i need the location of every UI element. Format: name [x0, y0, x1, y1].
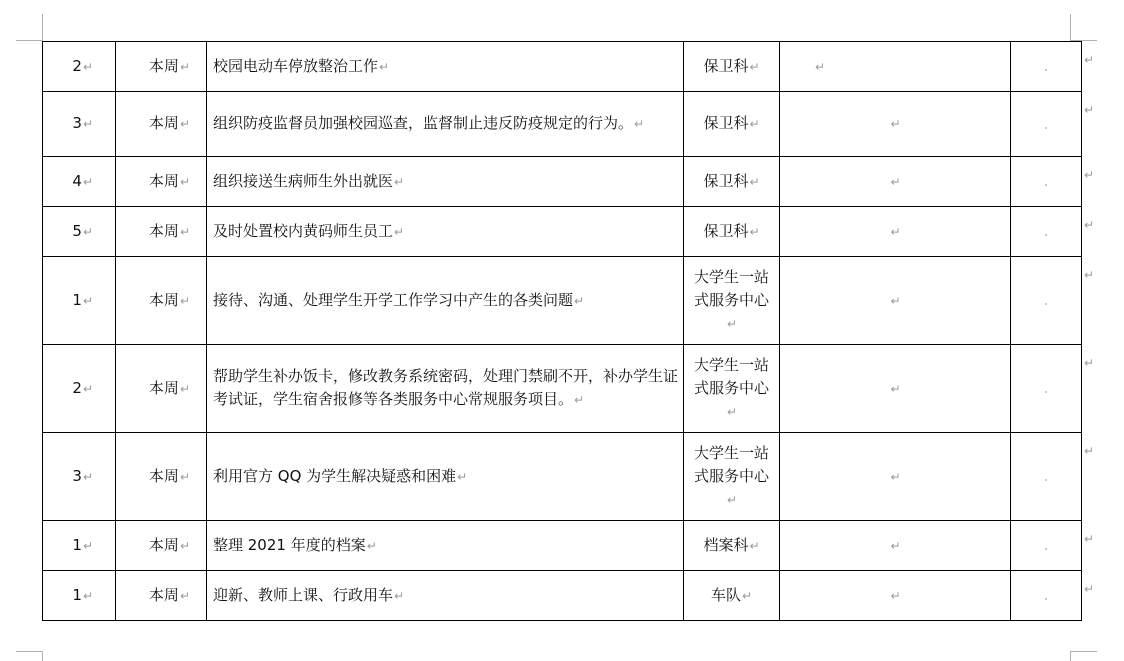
paragraph-mark-icon: ↵ [574, 393, 584, 407]
task-description-cell[interactable]: 组织接送生病师生外出就医↵ [207, 157, 684, 207]
cell-marker-dot-icon [1045, 69, 1047, 71]
period-cell-text: 本周 [149, 467, 179, 485]
table-row: 4↵本周↵组织接送生病师生外出就医↵保卫科↵↵ [43, 157, 1082, 207]
row-end-mark-icon: ↵ [1084, 103, 1094, 117]
period-cell[interactable]: 本周↵ [116, 42, 207, 92]
cell-marker-dot-icon [1045, 598, 1047, 600]
row-end-mark-icon: ↵ [1084, 582, 1094, 596]
item-number-cell-text: 4 [72, 172, 82, 190]
period-cell[interactable]: 本周↵ [116, 157, 207, 207]
paragraph-mark-icon: ↵ [83, 117, 93, 131]
task-description-cell[interactable]: 利用官方 QQ 为学生解决疑惑和困难↵ [207, 433, 684, 521]
paragraph-mark-icon: ↵ [83, 382, 93, 396]
note-cell[interactable]: ↵ [780, 521, 1011, 571]
note-cell[interactable]: ↵ [780, 433, 1011, 521]
extra-cell[interactable] [1011, 257, 1082, 345]
paragraph-mark-icon: ↵ [457, 470, 467, 484]
paragraph-mark-icon: ↵ [180, 470, 190, 484]
task-description-cell[interactable]: 及时处置校内黄码师生员工↵ [207, 207, 684, 257]
item-number-cell-text: 1 [72, 586, 82, 604]
period-cell-text: 本周 [149, 586, 179, 604]
table-row: 3↵本周↵组织防疫监督员加强校园巡查，监督制止违反防疫规定的行为。↵保卫科↵↵ [43, 92, 1082, 157]
paragraph-mark-icon: ↵ [83, 225, 93, 239]
work-plan-table: 2↵本周↵校园电动车停放整治工作↵保卫科↵↵3↵本周↵组织防疫监督员加强校园巡查… [42, 41, 1082, 621]
item-number-cell-text: 1 [72, 291, 82, 309]
paragraph-mark-icon: ↵ [815, 60, 825, 74]
item-number-cell[interactable]: 1↵ [43, 521, 116, 571]
paragraph-mark-icon: ↵ [574, 294, 584, 308]
item-number-cell-text: 3 [72, 114, 82, 132]
item-number-cell[interactable]: 1↵ [43, 571, 116, 621]
task-description-cell[interactable]: 接待、沟通、处理学生开学工作学习中产生的各类问题↵ [207, 257, 684, 345]
department-cell-text: 档案科 [703, 536, 748, 554]
item-number-cell[interactable]: 5↵ [43, 207, 116, 257]
table-row: 3↵本周↵利用官方 QQ 为学生解决疑惑和困难↵大学生一站式服务中心↵↵ [43, 433, 1082, 521]
extra-cell[interactable] [1011, 157, 1082, 207]
note-cell[interactable]: ↵ [780, 207, 1011, 257]
department-cell-text: 大学生一站式服务中心 [694, 356, 769, 397]
period-cell-text: 本周 [149, 536, 179, 554]
task-description-cell[interactable]: 组织防疫监督员加强校园巡查，监督制止违反防疫规定的行为。↵ [207, 92, 684, 157]
period-cell-text: 本周 [149, 114, 179, 132]
extra-cell[interactable] [1011, 92, 1082, 157]
row-end-mark-icon: ↵ [1084, 532, 1094, 546]
period-cell-text: 本周 [149, 291, 179, 309]
paragraph-mark-icon: ↵ [394, 589, 404, 603]
extra-cell[interactable] [1011, 521, 1082, 571]
period-cell-text: 本周 [149, 57, 179, 75]
task-description-cell[interactable]: 整理 2021 年度的档案↵ [207, 521, 684, 571]
note-cell[interactable]: ↵ [780, 157, 1011, 207]
table-row: 2↵本周↵校园电动车停放整治工作↵保卫科↵↵ [43, 42, 1082, 92]
paragraph-mark-icon: ↵ [180, 175, 190, 189]
paragraph-mark-icon: ↵ [180, 294, 190, 308]
cell-marker-dot-icon [1045, 127, 1047, 129]
paragraph-mark-icon: ↵ [379, 60, 389, 74]
paragraph-mark-icon: ↵ [890, 589, 900, 603]
paragraph-mark-icon: ↵ [83, 294, 93, 308]
department-cell-text: 保卫科 [703, 114, 748, 132]
task-description-cell-text: 帮助学生补办饭卡，修改教务系统密码，处理门禁刷不开，补办学生证考试证，学生宿舍报… [213, 367, 678, 408]
department-cell[interactable]: 车队↵ [684, 571, 780, 621]
period-cell[interactable]: 本周↵ [116, 521, 207, 571]
department-cell[interactable]: 大学生一站式服务中心↵ [684, 433, 780, 521]
cell-marker-dot-icon [1045, 391, 1047, 393]
task-description-cell[interactable]: 校园电动车停放整治工作↵ [207, 42, 684, 92]
task-description-cell-text: 组织防疫监督员加强校园巡查，监督制止违反防疫规定的行为。 [213, 114, 633, 132]
table-body: 2↵本周↵校园电动车停放整治工作↵保卫科↵↵3↵本周↵组织防疫监督员加强校园巡查… [43, 42, 1082, 621]
note-cell[interactable]: ↵ [780, 92, 1011, 157]
paragraph-mark-icon: ↵ [890, 175, 900, 189]
item-number-cell[interactable]: 2↵ [43, 42, 116, 92]
paragraph-mark-icon: ↵ [727, 493, 737, 507]
task-description-cell-text: 利用官方 QQ 为学生解决疑惑和困难 [213, 467, 456, 485]
item-number-cell-text: 2 [72, 57, 82, 75]
paragraph-mark-icon: ↵ [180, 225, 190, 239]
row-end-mark-icon: ↵ [1084, 356, 1094, 370]
page-margin-corner-bottom-right [1070, 651, 1097, 661]
row-end-mark-icon: ↵ [1084, 218, 1094, 232]
row-end-mark-icon: ↵ [1084, 168, 1094, 182]
task-description-cell[interactable]: 迎新、教师上课、行政用车↵ [207, 571, 684, 621]
item-number-cell[interactable]: 4↵ [43, 157, 116, 207]
paragraph-mark-icon: ↵ [83, 589, 93, 603]
period-cell-text: 本周 [149, 222, 179, 240]
department-cell[interactable]: 档案科↵ [684, 521, 780, 571]
department-cell-text: 保卫科 [703, 172, 748, 190]
department-cell[interactable]: 保卫科↵ [684, 207, 780, 257]
extra-cell[interactable] [1011, 207, 1082, 257]
note-cell[interactable]: ↵ [780, 42, 1011, 92]
paragraph-mark-icon: ↵ [634, 117, 644, 131]
extra-cell[interactable] [1011, 42, 1082, 92]
cell-marker-dot-icon [1045, 234, 1047, 236]
note-cell[interactable]: ↵ [780, 257, 1011, 345]
paragraph-mark-icon: ↵ [749, 539, 759, 553]
item-number-cell-text: 5 [72, 222, 82, 240]
table-row: 2↵本周↵帮助学生补办饭卡，修改教务系统密码，处理门禁刷不开，补办学生证考试证，… [43, 345, 1082, 433]
row-end-mark-icon: ↵ [1084, 444, 1094, 458]
item-number-cell-text: 2 [72, 379, 82, 397]
paragraph-mark-icon: ↵ [890, 294, 900, 308]
department-cell-text: 车队 [711, 586, 741, 604]
cell-marker-dot-icon [1045, 184, 1047, 186]
row-end-mark-icon: ↵ [1084, 268, 1094, 282]
department-cell-text: 保卫科 [703, 57, 748, 75]
table-row: 1↵本周↵迎新、教师上课、行政用车↵车队↵↵ [43, 571, 1082, 621]
item-number-cell-text: 1 [72, 536, 82, 554]
department-cell[interactable]: 大学生一站式服务中心↵ [684, 345, 780, 433]
table-row: 1↵本周↵接待、沟通、处理学生开学工作学习中产生的各类问题↵大学生一站式服务中心… [43, 257, 1082, 345]
paragraph-mark-icon: ↵ [180, 539, 190, 553]
page-margin-corner-top-left [16, 14, 43, 41]
paragraph-mark-icon: ↵ [890, 539, 900, 553]
period-cell[interactable]: 本周↵ [116, 92, 207, 157]
paragraph-mark-icon: ↵ [890, 117, 900, 131]
task-description-cell-text: 组织接送生病师生外出就医 [213, 172, 393, 190]
department-cell-text: 大学生一站式服务中心 [694, 268, 769, 309]
task-description-cell-text: 整理 2021 年度的档案 [213, 536, 366, 554]
paragraph-mark-icon: ↵ [890, 225, 900, 239]
paragraph-mark-icon: ↵ [83, 470, 93, 484]
period-cell[interactable]: 本周↵ [116, 257, 207, 345]
paragraph-mark-icon: ↵ [727, 317, 737, 331]
paragraph-mark-icon: ↵ [394, 225, 404, 239]
item-number-cell[interactable]: 3↵ [43, 92, 116, 157]
item-number-cell[interactable]: 1↵ [43, 257, 116, 345]
paragraph-mark-icon: ↵ [890, 382, 900, 396]
item-number-cell[interactable]: 3↵ [43, 433, 116, 521]
department-cell[interactable]: 大学生一站式服务中心↵ [684, 257, 780, 345]
period-cell[interactable]: 本周↵ [116, 345, 207, 433]
paragraph-mark-icon: ↵ [749, 225, 759, 239]
page-margin-corner-top-right [1070, 14, 1097, 41]
paragraph-mark-icon: ↵ [749, 175, 759, 189]
table-row: 1↵本周↵整理 2021 年度的档案↵档案科↵↵ [43, 521, 1082, 571]
cell-marker-dot-icon [1045, 303, 1047, 305]
paragraph-mark-icon: ↵ [742, 589, 752, 603]
task-description-cell-text: 校园电动车停放整治工作 [213, 57, 378, 75]
period-cell[interactable]: 本周↵ [116, 433, 207, 521]
note-cell[interactable]: ↵ [780, 571, 1011, 621]
task-description-cell-text: 接待、沟通、处理学生开学工作学习中产生的各类问题 [213, 291, 573, 309]
paragraph-mark-icon: ↵ [749, 117, 759, 131]
period-cell-text: 本周 [149, 379, 179, 397]
task-description-cell[interactable]: 帮助学生补办饭卡，修改教务系统密码，处理门禁刷不开，补办学生证考试证，学生宿舍报… [207, 345, 684, 433]
paragraph-mark-icon: ↵ [83, 60, 93, 74]
paragraph-mark-icon: ↵ [83, 175, 93, 189]
department-cell[interactable]: 保卫科↵ [684, 157, 780, 207]
paragraph-mark-icon: ↵ [180, 382, 190, 396]
task-description-cell-text: 及时处置校内黄码师生员工 [213, 222, 393, 240]
task-description-cell-text: 迎新、教师上课、行政用车 [213, 586, 393, 604]
department-cell-text: 大学生一站式服务中心 [694, 444, 769, 485]
paragraph-mark-icon: ↵ [367, 539, 377, 553]
extra-cell[interactable] [1011, 571, 1082, 621]
cell-marker-dot-icon [1045, 548, 1047, 550]
department-cell-text: 保卫科 [703, 222, 748, 240]
period-cell[interactable]: 本周↵ [116, 207, 207, 257]
extra-cell[interactable] [1011, 433, 1082, 521]
extra-cell[interactable] [1011, 345, 1082, 433]
table-row: 5↵本周↵及时处置校内黄码师生员工↵保卫科↵↵ [43, 207, 1082, 257]
paragraph-mark-icon: ↵ [180, 589, 190, 603]
paragraph-mark-icon: ↵ [394, 175, 404, 189]
row-end-mark-icon: ↵ [1084, 53, 1094, 67]
paragraph-mark-icon: ↵ [180, 60, 190, 74]
paragraph-mark-icon: ↵ [749, 60, 759, 74]
item-number-cell[interactable]: 2↵ [43, 345, 116, 433]
paragraph-mark-icon: ↵ [727, 405, 737, 419]
item-number-cell-text: 3 [72, 467, 82, 485]
cell-marker-dot-icon [1045, 479, 1047, 481]
paragraph-mark-icon: ↵ [890, 470, 900, 484]
paragraph-mark-icon: ↵ [83, 539, 93, 553]
period-cell-text: 本周 [149, 172, 179, 190]
department-cell[interactable]: 保卫科↵ [684, 42, 780, 92]
period-cell[interactable]: 本周↵ [116, 571, 207, 621]
department-cell[interactable]: 保卫科↵ [684, 92, 780, 157]
page-margin-corner-bottom-left [16, 651, 43, 661]
paragraph-mark-icon: ↵ [180, 117, 190, 131]
note-cell[interactable]: ↵ [780, 345, 1011, 433]
